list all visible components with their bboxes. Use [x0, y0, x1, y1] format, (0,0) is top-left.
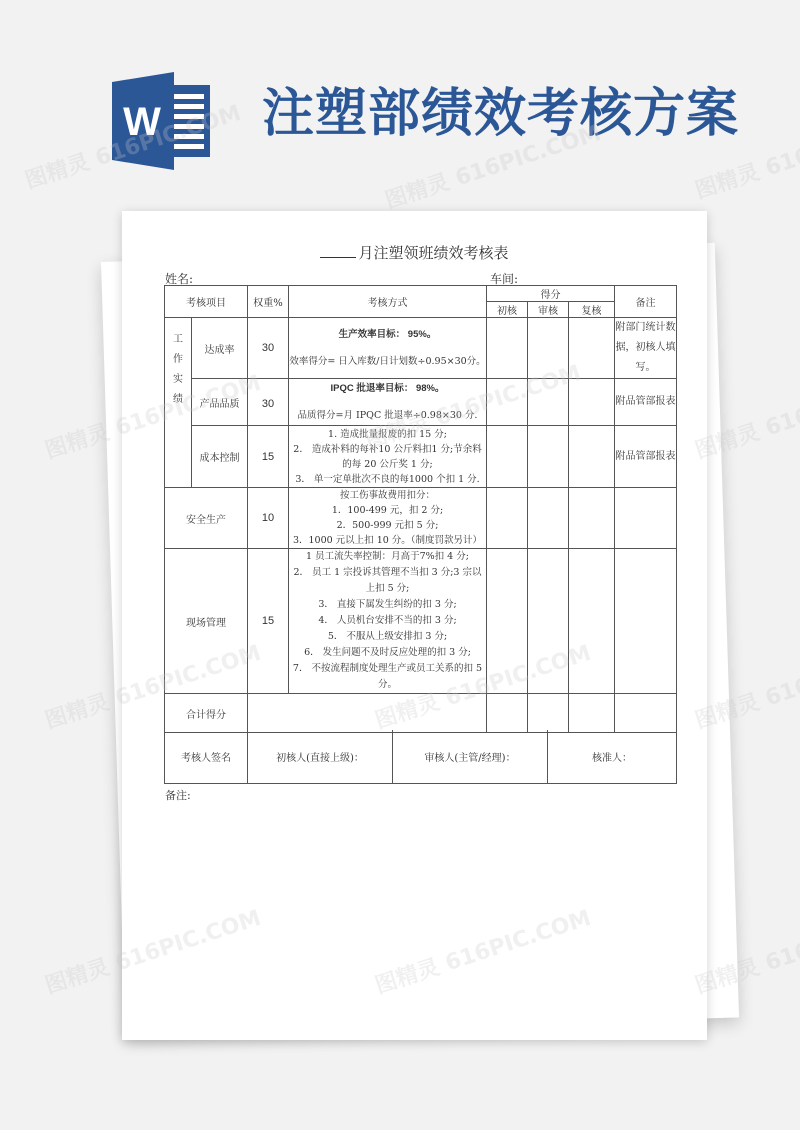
- method-cell: IPQC 批退率目标： 98%。 品质得分=月 IPQC 批退率÷0.98×30…: [289, 379, 487, 426]
- method-line: 7． 不按流程制度处理生产或员工关系的扣 5 分。: [289, 661, 486, 693]
- table-row: 产品品质 30 IPQC 批退率目标： 98%。 品质得分=月 IPQC 批退率…: [165, 379, 677, 426]
- method-line: 3． 直接下属发生纠纷的扣 3 分;: [289, 597, 486, 613]
- method-line: 4． 人员机台安排不当的扣 3 分;: [289, 613, 486, 629]
- header-score-first: 初核: [487, 302, 528, 318]
- month-blank[interactable]: [320, 244, 356, 258]
- score-recheck-cell[interactable]: [569, 318, 615, 379]
- score-first-cell[interactable]: [487, 379, 528, 426]
- item-cell: 现场管理: [165, 549, 248, 694]
- remark-cell: 附部门统计数据，初核人填写。: [615, 318, 677, 379]
- banner-title: 注塑部绩效考核方案: [262, 78, 739, 150]
- method-line: 2． 员工 1 宗投诉其管理不当扣 3 分;3 宗以上扣 5 分;: [289, 565, 486, 597]
- approver-signature[interactable]: 核准人：: [548, 730, 677, 783]
- header-score: 得分: [487, 286, 615, 302]
- remark-cell: [615, 549, 677, 694]
- score-review-cell[interactable]: [528, 318, 569, 379]
- method-line: IPQC 批退率目标： 98%。: [289, 381, 486, 396]
- method-line: 2． 造成补料的每补10 公斤料扣1 分;节余料的每 20 公斤奖 1 分;: [289, 442, 486, 472]
- document-page: 月注塑领班绩效考核表 姓名: 车间: 考核项目 权重% 考核方式 得分 备注 初…: [122, 211, 707, 1040]
- signature-row: 考核人签名 初核人(直接上级)： 审核人(主管/经理)： 核准人：: [165, 730, 677, 783]
- header-row: 考核项目 权重% 考核方式 得分 备注: [165, 286, 677, 302]
- signature-label: 考核人签名: [165, 730, 248, 783]
- total-score-first-cell[interactable]: [487, 694, 528, 733]
- total-remark-cell[interactable]: [615, 694, 677, 733]
- method-line: 效率得分= 日入库数/日计划数÷0.95×30分。: [289, 354, 486, 369]
- table-row: 成本控制 15 1. 造成批量报废的扣 15 分; 2． 造成补料的每补10 公…: [165, 426, 677, 488]
- method-cell: 1 员工流失率控制：月高于7%扣 4 分; 2． 员工 1 宗投诉其管理不当扣 …: [289, 549, 487, 694]
- score-review-cell[interactable]: [528, 488, 569, 549]
- first-reviewer-signature[interactable]: 初核人(直接上级)：: [248, 730, 393, 783]
- table-row: 工作实绩 达成率 30 生产效率目标： 95%。 效率得分= 日入库数/日计划数…: [165, 318, 677, 379]
- method-line: 6． 发生问题不及时反应处理的扣 3 分;: [289, 645, 486, 661]
- method-line: 1 员工流失率控制：月高于7%扣 4 分;: [289, 549, 486, 565]
- method-line: 按工伤事故费用扣分：: [289, 488, 486, 503]
- item-cell: 成本控制: [192, 426, 248, 488]
- method-line: 3． 单一定单批次不良的每1000 个扣 1 分.: [289, 472, 486, 487]
- reviewer-signature[interactable]: 审核人(主管/经理)：: [393, 730, 548, 783]
- total-label: 合计得分: [165, 694, 248, 733]
- score-recheck-cell[interactable]: [569, 426, 615, 488]
- header-item: 考核项目: [165, 286, 248, 318]
- score-first-cell[interactable]: [487, 426, 528, 488]
- remark-cell: 附品管部报表: [615, 379, 677, 426]
- total-score-review-cell[interactable]: [528, 694, 569, 733]
- method-line: 生产效率目标： 95%。: [289, 327, 486, 342]
- score-review-cell[interactable]: [528, 379, 569, 426]
- method-line: 1．100-499 元，扣 2 分;: [289, 503, 486, 518]
- item-cell: 产品品质: [192, 379, 248, 426]
- document-title-text: 月注塑领班绩效考核表: [358, 244, 508, 262]
- header-remark: 备注: [615, 286, 677, 318]
- method-line: 品质得分=月 IPQC 批退率÷0.98×30 分.: [289, 408, 486, 423]
- footnote-label: 备注:: [165, 787, 191, 803]
- score-first-cell[interactable]: [487, 549, 528, 694]
- score-recheck-cell[interactable]: [569, 488, 615, 549]
- evaluation-table: 考核项目 权重% 考核方式 得分 备注 初核 审核 复核 工作实绩 达成率 30…: [164, 285, 677, 733]
- word-icon: W: [112, 72, 210, 170]
- remark-cell: [615, 488, 677, 549]
- method-cell: 按工伤事故费用扣分： 1．100-499 元，扣 2 分; 2．500-999 …: [289, 488, 487, 549]
- remark-cell: 附品管部报表: [615, 426, 677, 488]
- svg-text:W: W: [123, 100, 161, 144]
- item-cell: 达成率: [192, 318, 248, 379]
- document-title: 月注塑领班绩效考核表: [122, 242, 707, 263]
- total-method-cell: [248, 694, 487, 733]
- weight-cell: 30: [248, 318, 289, 379]
- score-first-cell[interactable]: [487, 318, 528, 379]
- score-review-cell[interactable]: [528, 426, 569, 488]
- score-recheck-cell[interactable]: [569, 379, 615, 426]
- weight-cell: 10: [248, 488, 289, 549]
- item-cell: 安全生产: [165, 488, 248, 549]
- table-row: 安全生产 10 按工伤事故费用扣分： 1．100-499 元，扣 2 分; 2．…: [165, 488, 677, 549]
- header-score-review: 审核: [528, 302, 569, 318]
- header-score-recheck: 复核: [569, 302, 615, 318]
- method-line: 3．1000 元以上扣 10 分。（制度罚款另计）: [289, 533, 486, 548]
- score-review-cell[interactable]: [528, 549, 569, 694]
- weight-cell: 15: [248, 426, 289, 488]
- group-work-label: 工作实绩: [172, 330, 184, 410]
- score-recheck-cell[interactable]: [569, 549, 615, 694]
- header-weight: 权重%: [248, 286, 289, 318]
- weight-cell: 30: [248, 379, 289, 426]
- total-row: 合计得分: [165, 694, 677, 733]
- score-first-cell[interactable]: [487, 488, 528, 549]
- group-work-cell: 工作实绩: [165, 318, 192, 488]
- method-cell: 生产效率目标： 95%。 效率得分= 日入库数/日计划数÷0.95×30分。: [289, 318, 487, 379]
- total-score-recheck-cell[interactable]: [569, 694, 615, 733]
- method-line: 5． 不服从上级安排扣 3 分;: [289, 629, 486, 645]
- header-method: 考核方式: [289, 286, 487, 318]
- table-row: 现场管理 15 1 员工流失率控制：月高于7%扣 4 分; 2． 员工 1 宗投…: [165, 549, 677, 694]
- method-line: 1. 造成批量报废的扣 15 分;: [289, 427, 486, 442]
- method-cell: 1. 造成批量报废的扣 15 分; 2． 造成补料的每补10 公斤料扣1 分;节…: [289, 426, 487, 488]
- method-line: 2．500-999 元扣 5 分;: [289, 518, 486, 533]
- weight-cell: 15: [248, 549, 289, 694]
- signature-table: 考核人签名 初核人(直接上级)： 审核人(主管/经理)： 核准人：: [164, 730, 677, 784]
